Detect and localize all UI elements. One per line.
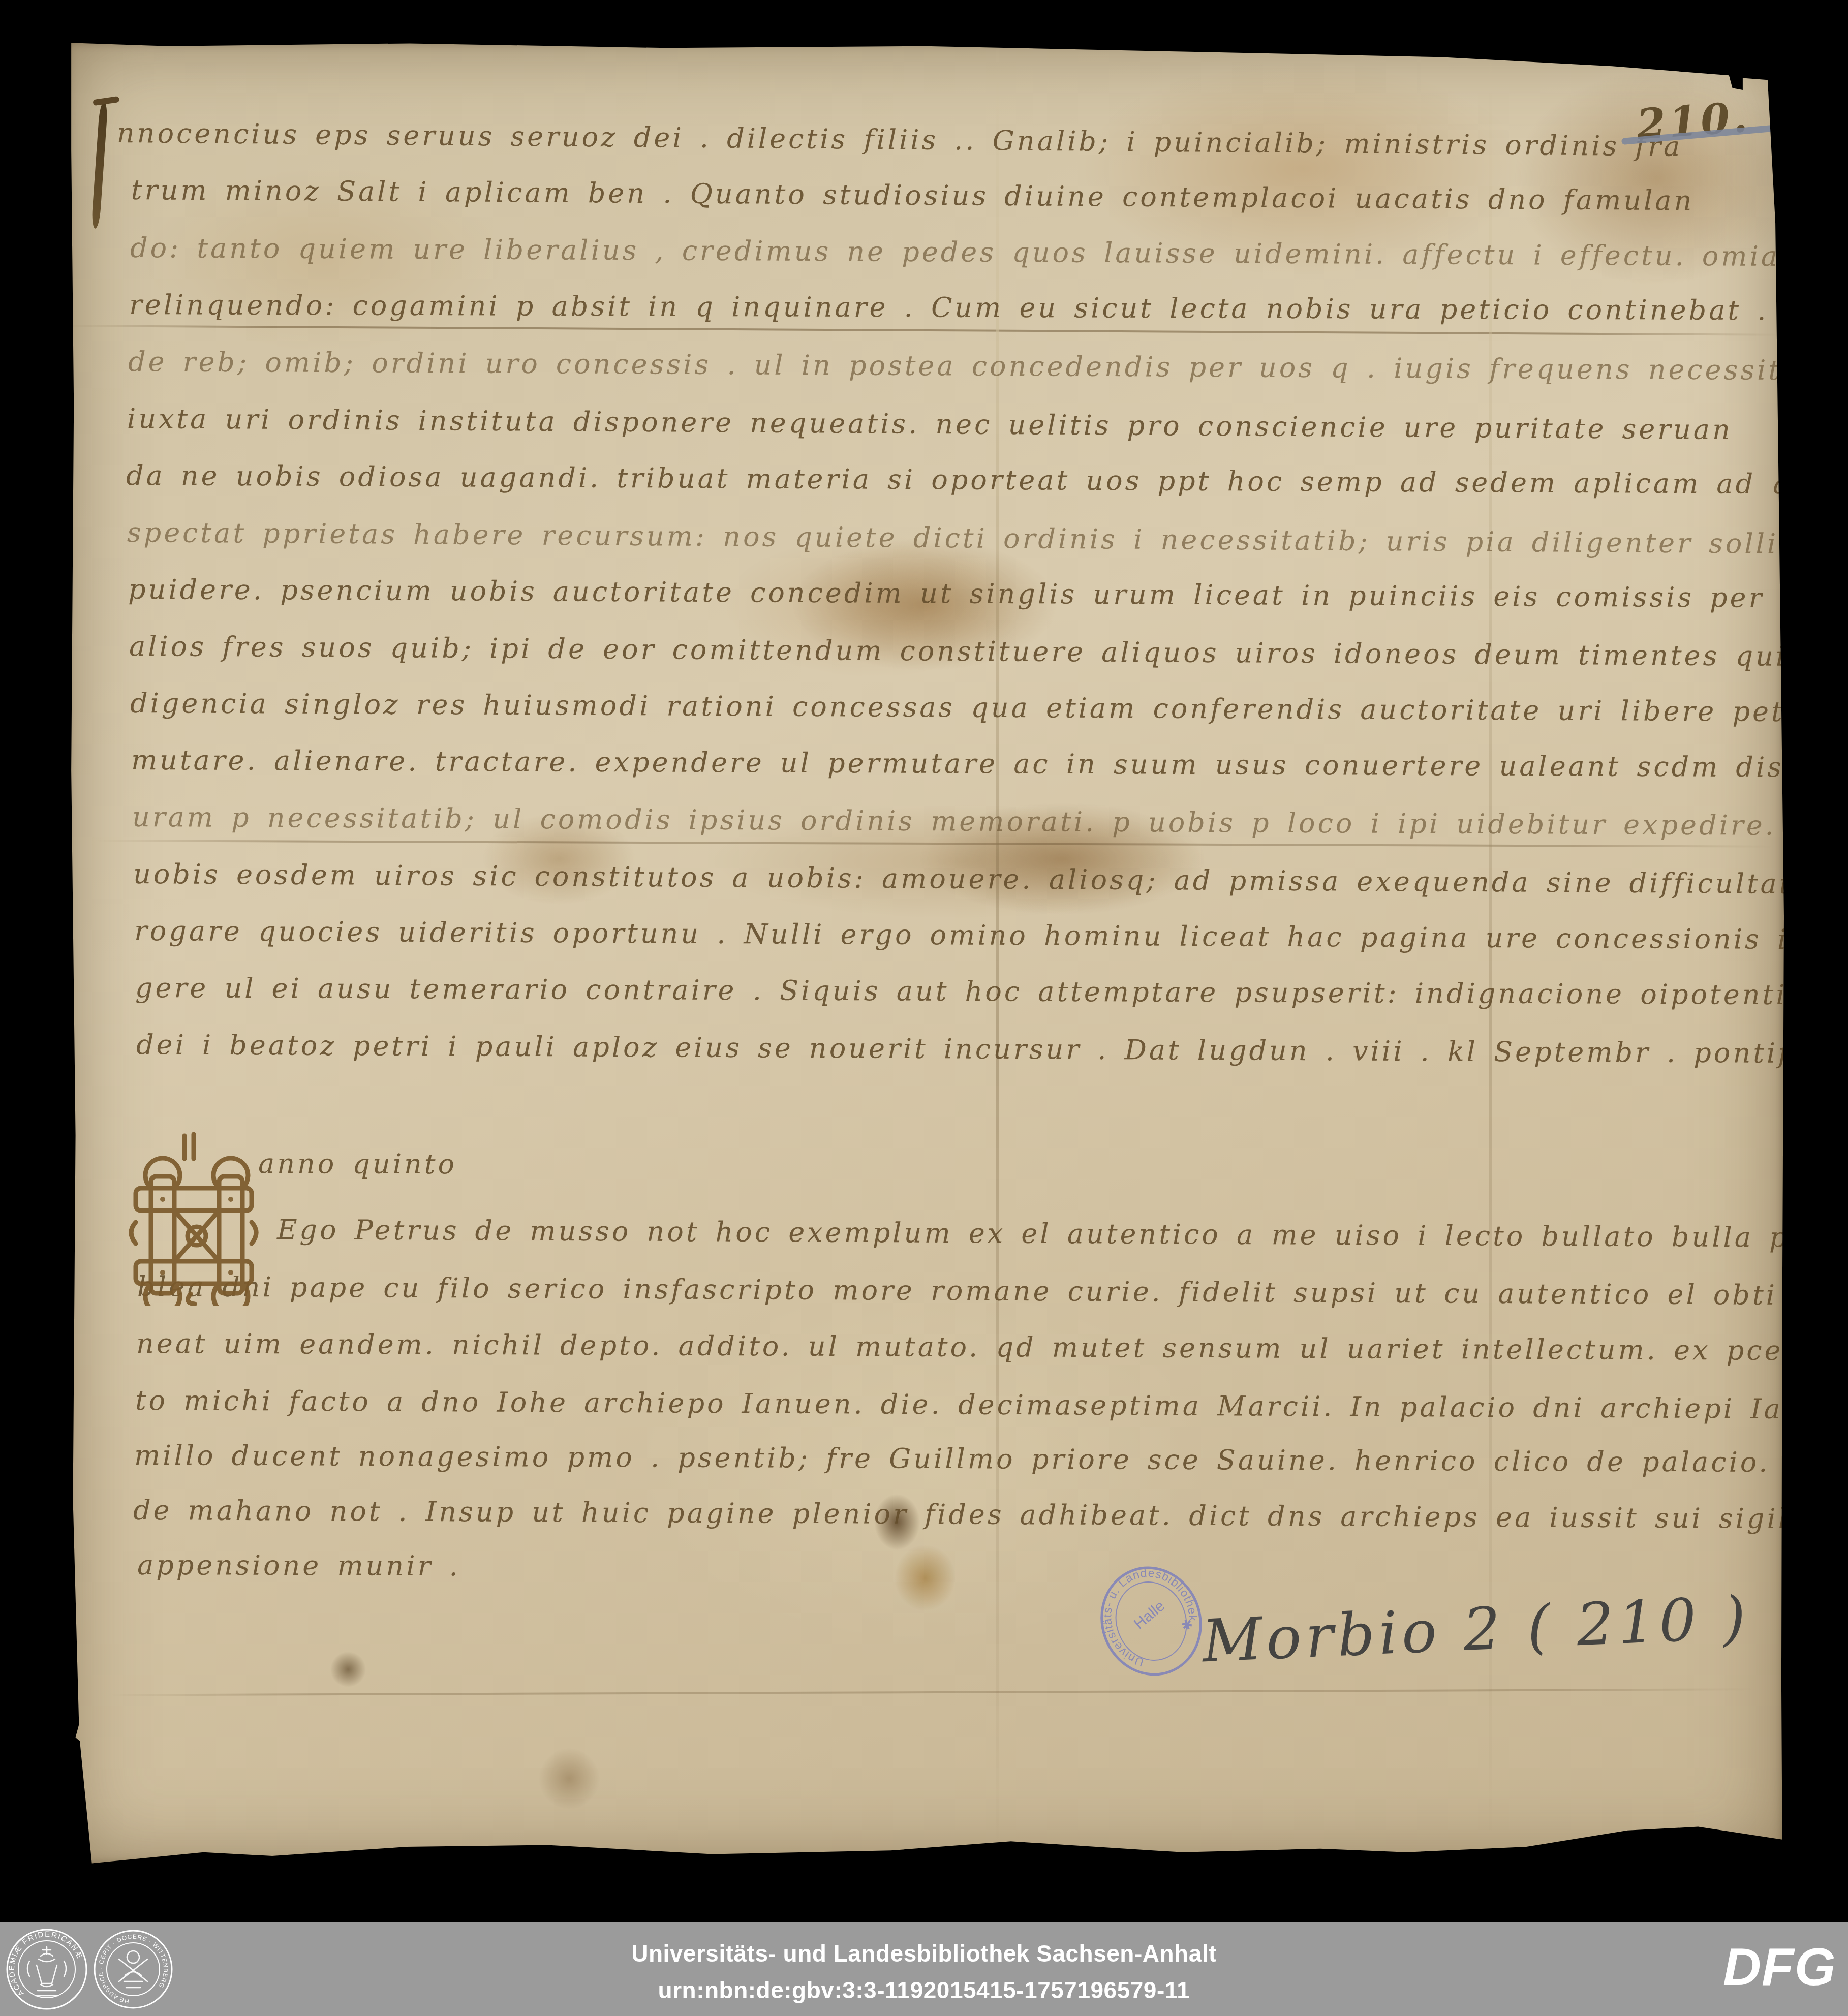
- crease: [107, 1688, 1753, 1696]
- manuscript-line: puidere. psencium uobis auctoritate conc…: [128, 573, 1848, 615]
- manuscript-line: millo ducent nonagesimo pmo . psentib; f…: [134, 1439, 1848, 1479]
- manuscript-line: da ne uobis odiosa uagandi. tribuat mate…: [126, 459, 1848, 501]
- manuscript-line: Ego Petrus de musso not hoc exemplum ex …: [277, 1214, 1848, 1254]
- manuscript-line: neat uim eandem. nichil depto. addito. u…: [136, 1327, 1803, 1367]
- scan-page: nnocencius eps seruus seruoz dei . dilec…: [0, 0, 1848, 2016]
- manuscript-line: nnocencius eps seruus seruoz dei . dilec…: [117, 117, 1683, 163]
- initial-letter: [91, 102, 108, 229]
- manuscript-line: digencia singloz res huiusmodi rationi c…: [130, 687, 1848, 729]
- notary-sign: [119, 1128, 262, 1306]
- manuscript-line: to michi facto a dno Iohe archiepo Ianue…: [135, 1384, 1848, 1425]
- footer-text-block: Universitäts- und Landesbibliothek Sachs…: [0, 1922, 1848, 2004]
- manuscript-line: alios fres suos quib; ipi de eor comitte…: [129, 630, 1848, 673]
- urn-text: urn:nbn:de:gbv:3:3-1192015415-1757196579…: [0, 1976, 1848, 2004]
- manuscript-line: dei i beatoz petri i pauli aploz eius se…: [136, 1029, 1848, 1070]
- manuscript-line: uobis eosdem uiros sic constitutos a uob…: [133, 858, 1848, 902]
- manuscript-line: gere ul ei ausu temerario contraire . Si…: [135, 972, 1804, 1011]
- footer-bar: ACADEMIÆ FRIDERICANÆ HE AUSPICE · CEPIT …: [0, 1922, 1848, 2016]
- manuscript-line: relinquendo: cogamini p absit in q inqui…: [129, 289, 1769, 326]
- manuscript-line: uram p necessitatib; ul comodis ipsius o…: [132, 801, 1848, 843]
- stain: [895, 1545, 956, 1611]
- parchment-document: nnocencius eps seruus seruoz dei . dilec…: [66, 41, 1784, 1865]
- crease: [66, 325, 1784, 336]
- dfg-logo: DFG: [1723, 1937, 1836, 1998]
- manuscript-line: de reb; omib; ordini uro concessis . ul …: [128, 346, 1818, 386]
- manuscript-line: rogare quocies uideritis oportunu . Null…: [134, 915, 1848, 956]
- pencil-shelfmark: Morbio 2 ( 210 ): [1201, 1584, 1751, 1676]
- manuscript-line: anno quinto: [258, 1147, 457, 1180]
- library-name: Universitäts- und Landesbibliothek Sachs…: [0, 1940, 1848, 1967]
- stamp-center-text: Halle: [1131, 1597, 1168, 1632]
- library-stamp: Universitäts- u. Landesbibliothek Halle …: [1093, 1560, 1210, 1682]
- manuscript-line: appensione munir .: [137, 1549, 460, 1582]
- manuscript-line: trum minoz Salt i aplicam ben . Quanto s…: [131, 174, 1695, 216]
- stain: [539, 1748, 600, 1809]
- manuscript-line: spectat pprietas habere recursum: nos qu…: [127, 516, 1848, 561]
- manuscript-line: blea dni pape cu filo serico insfascript…: [137, 1270, 1777, 1311]
- manuscript-line: mutare. alienare. tractare. expendere ul…: [131, 744, 1848, 784]
- stain: [330, 1652, 366, 1687]
- manuscript-line: do: tanto quiem ure liberalius , credimu…: [130, 232, 1780, 272]
- manuscript-line: de mahano not . Insup ut huic pagine ple…: [133, 1494, 1812, 1535]
